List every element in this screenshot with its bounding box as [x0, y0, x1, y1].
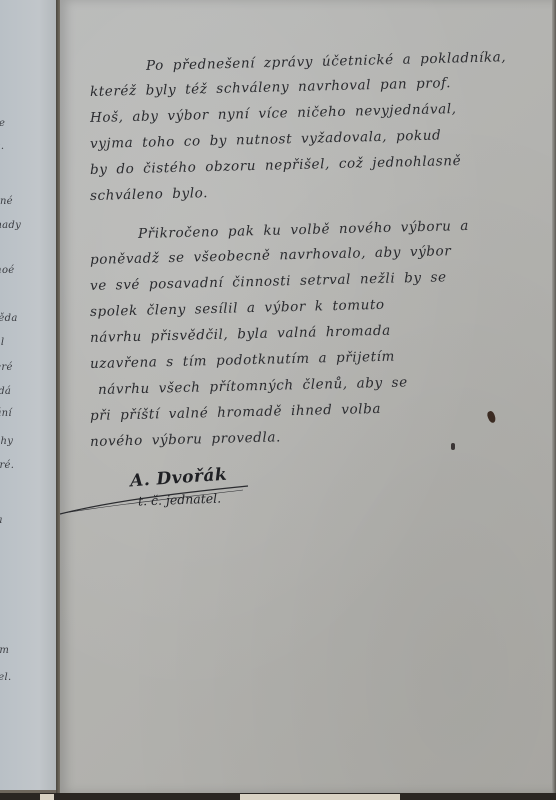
- left-page-fragment: a: [0, 515, 3, 526]
- left-page-fragment: avel.: [0, 672, 11, 683]
- left-page-fragment: al: [0, 337, 4, 348]
- left-page-fragment: které: [0, 362, 13, 373]
- left-page-fragment: které.: [0, 460, 14, 471]
- left-page-fragment: se: [0, 118, 5, 129]
- left-page-fragment: nahoé: [0, 265, 15, 276]
- page-edge: [552, 0, 556, 793]
- left-page-fragment: e.: [0, 141, 4, 152]
- paper-scrap: [240, 794, 400, 800]
- left-page-fragment: lkání: [0, 408, 12, 419]
- left-page-fragment: Osvěda: [0, 313, 18, 324]
- text-line: schváleno bylo.: [90, 185, 208, 204]
- paper-scrap: [40, 794, 54, 800]
- document-photo: see.valnéhromadynahoéOsvědaalkteréžádálk…: [0, 0, 556, 800]
- left-page: see.valnéhromadynahoéOsvědaalkteréžádálk…: [0, 0, 57, 790]
- signature-role: t. č. jednatel.: [138, 491, 222, 509]
- left-page-fragment: valné: [0, 196, 13, 207]
- ink-mark: [451, 443, 455, 450]
- left-page-fragment: tom: [0, 645, 9, 656]
- left-page-fragment: úlohy: [0, 436, 13, 447]
- left-page-fragment: hromady: [0, 220, 21, 231]
- left-page-fragment: žádá: [0, 386, 11, 397]
